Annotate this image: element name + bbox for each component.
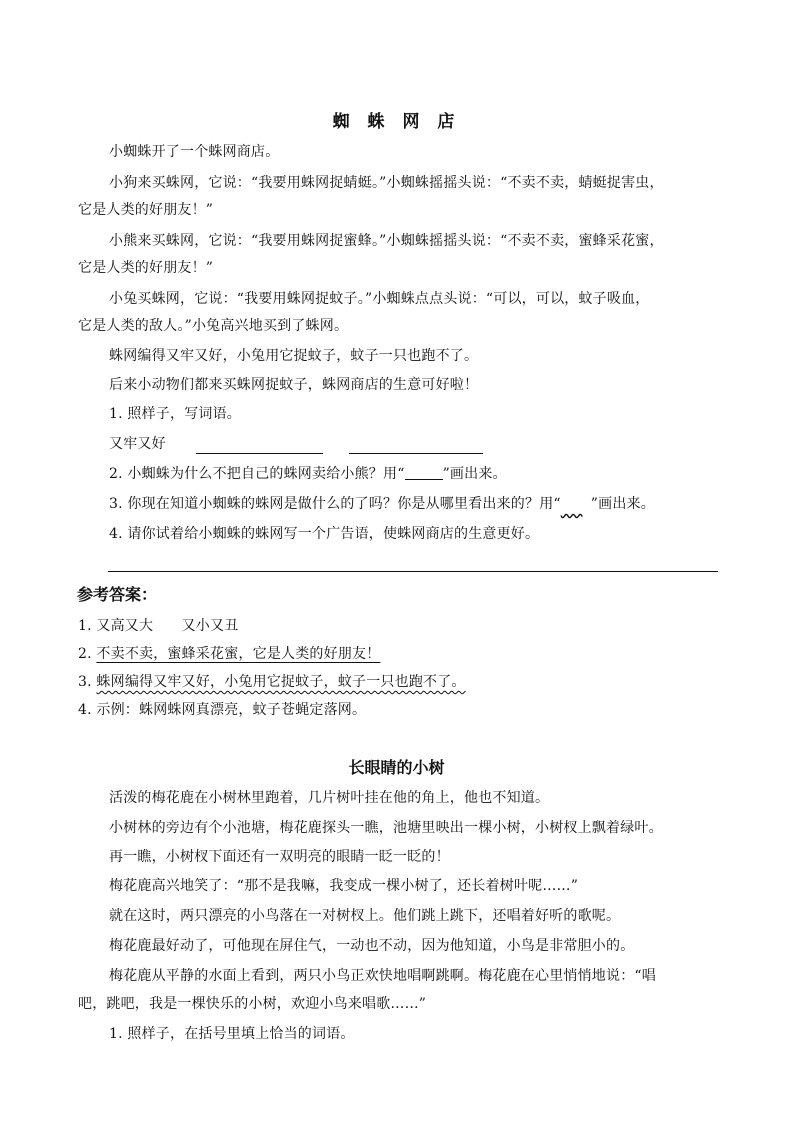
story1-paragraph: 小兔买蛛网，它说：“我要用蛛网捉蚊子。”小蜘蛛点点头说：“可以，可以，蚊子吸血， [109,289,649,309]
answer-line-q4[interactable] [108,571,718,572]
story2-paragraph: 小树林的旁边有个小池塘，梅花鹿探头一瞧，池塘里映出一棵小树，小树杈上飘着绿叶。 [109,818,663,838]
straight-underline-sample [405,465,443,480]
answer-blank-1[interactable] [196,453,323,454]
story1-paragraph-cont: 它是人类的好朋友！” [78,200,213,220]
story1-title: 蜘 蛛 网 店 [0,110,793,134]
answer-2-number: 2. [78,646,96,662]
answer-1: 1. 又高又大 又小又丑 [78,616,238,636]
story1-paragraph-cont: 它是人类的敌人。”小兔高兴地买到了蛛网。 [78,316,348,336]
question-2-text-end: ”画出来。 [443,466,507,482]
story2-paragraph-cont: 吧，跳吧，我是一棵快乐的小树，欢迎小鸟来唱歌……” [78,994,426,1014]
story1-question-3: 3. 你现在知道小蜘蛛的蛛网是做什么的了吗？你是从哪里看出来的？用“ ”画出来。 [109,494,655,514]
story2-paragraph: 就在这时，两只漂亮的小鸟落在一对树杈上。他们跳上跳下，还唱着好听的歌呢。 [109,906,620,926]
story2-paragraph: 梅花鹿高兴地笑了：“那不是我嘛，我变成一棵小树了，还长着树叶呢……” [109,876,578,896]
question-3-text-end: ”画出来。 [591,496,655,512]
question-1-example: 又牢又好 [109,434,166,454]
story1-question-1: 1. 照样子，写词语。 [109,404,241,424]
story2-question-1: 1. 照样子，在括号里填上恰当的词语。 [109,1024,355,1044]
answer-blank-2[interactable] [349,453,483,454]
answers-heading: 参考答案： [77,583,157,607]
worksheet-page: 蜘 蛛 网 店 小蜘蛛开了一个蛛网商店。 小狗来买蛛网，它说：“我要用蛛网捉蜻蜓… [0,0,793,1122]
story1-paragraph: 小狗来买蛛网，它说：“我要用蛛网捉蜻蜓。”小蜘蛛摇摇头说：“不卖不卖，蜻蜓捉害虫… [109,173,664,193]
story1-paragraph-cont: 它是人类的好朋友！” [78,258,213,278]
story2-paragraph: 再一瞧，小树杈下面还有一双明亮的眼睛一眨一眨的！ [109,847,450,867]
story2-title: 长眼睛的小树 [0,756,793,780]
answer-2-text: 不卖不卖，蜜蜂采花蜜，它是人类的好朋友！ [96,646,380,662]
question-2-text: 2. 小蜘蛛为什么不把自己的蛛网卖给小熊？用“ [109,466,405,482]
story2-paragraph: 梅花鹿最好动了，可他现在屏住气，一动也不动，因为他知道，小鸟是非常胆小的。 [109,936,634,956]
wavy-underline-sample [561,496,591,510]
story1-paragraph: 小蜘蛛开了一个蛛网商店。 [109,142,279,162]
question-3-text: 3. 你现在知道小蜘蛛的蛛网是做什么的了吗？你是从哪里看出来的？用“ [109,496,561,512]
story2-paragraph: 梅花鹿从平静的水面上看到，两只小鸟正欢快地唱啊跳啊。梅花鹿在心里悄悄地说：“唱 [109,966,656,986]
answer-4: 4. 示例：蛛网蛛网真漂亮，蚊子苍蝇定落网。 [78,700,366,720]
story1-paragraph: 小熊来买蛛网，它说：“我要用蛛网捉蜜蜂。”小蜘蛛摇摇头说：“不卖不卖，蜜蜂采花蜜… [109,231,664,251]
story1-question-4: 4. 请你试着给小蜘蛛的蛛网写一个广告语，使蛛网商店的生意更好。 [109,524,539,544]
story1-paragraph: 后来小动物们都来买蛛网捉蚊子，蛛网商店的生意可好啦！ [109,375,478,395]
answer-3-number: 3. [78,674,96,690]
answer-3-text: 蛛网编得又牢又好，小兔用它捉蚊子，蚊子一只也跑不了。 [96,674,465,690]
story1-paragraph: 蛛网编得又牢又好，小兔用它捉蚊子，蚊子一只也跑不了。 [109,346,478,366]
story2-paragraph: 活泼的梅花鹿在小树林里跑着，几片树叶挂在他的角上，他也不知道。 [109,788,549,808]
answer-3: 3. 蛛网编得又牢又好，小兔用它捉蚊子，蚊子一只也跑不了。 [78,672,466,692]
story1-question-2: 2. 小蜘蛛为什么不把自己的蛛网卖给小熊？用“”画出来。 [109,464,507,484]
answer-2: 2. 不卖不卖，蜜蜂采花蜜，它是人类的好朋友！ [78,644,380,664]
